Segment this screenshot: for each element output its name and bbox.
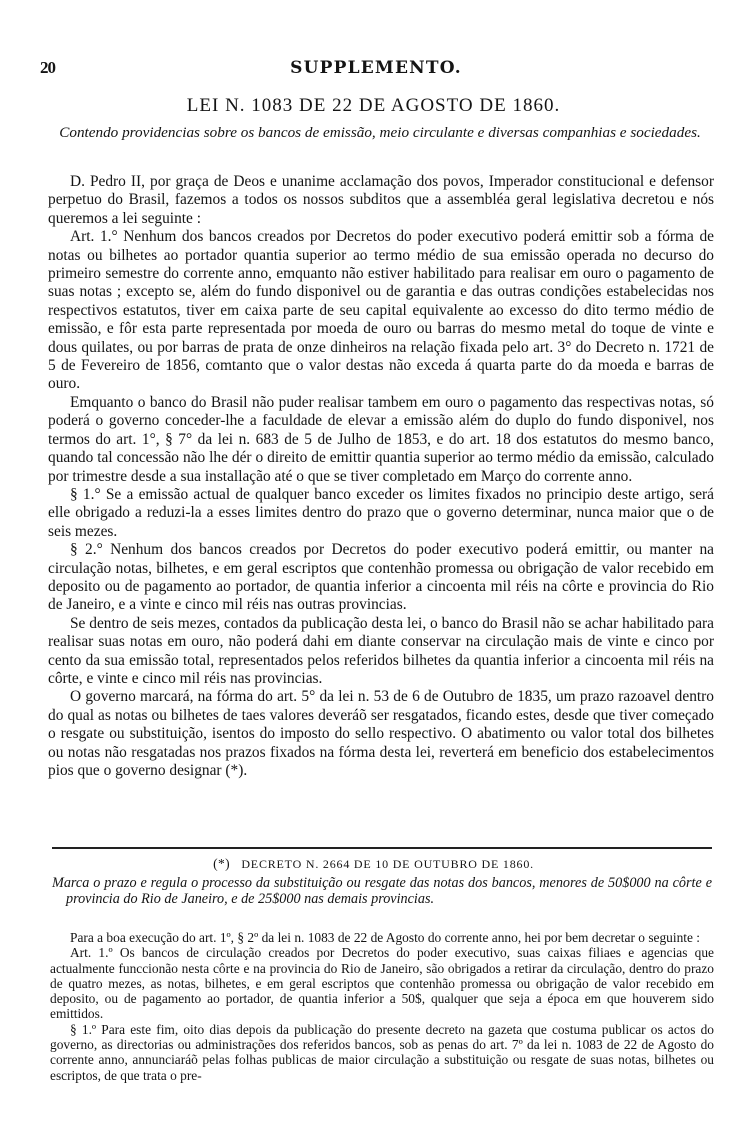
footnote-intro-paragraph: Para a boa execução do art. 1º, § 2º da … <box>50 930 714 945</box>
law-summary: Contendo providencias sobre os bancos de… <box>50 124 710 141</box>
law-title: LEI N. 1083 DE 22 DE AGOSTO DE 1860. <box>0 95 747 117</box>
banco-brasil-paragraph: Emquanto o banco do Brasil não puder rea… <box>48 394 714 486</box>
footnote-decree-title: DECRETO N. 2664 DE 10 DE OUTUBRO DE 1860… <box>241 857 534 871</box>
footnote-article-1-paragraph: Art. 1.º Os bancos de circulação creados… <box>50 945 714 1021</box>
six-months-paragraph: Se dentro de seis mezes, contados da pub… <box>48 615 714 689</box>
document-page: 20 SUPPLEMENTO. LEI N. 1083 DE 22 DE AGO… <box>0 0 747 1141</box>
footnote-section-1-paragraph: § 1.º Para este fim, oito dias depois da… <box>50 1022 714 1083</box>
running-title: SUPPLEMENTO. <box>40 58 712 78</box>
footnote-summary: Marca o prazo e regula o processo da sub… <box>52 876 712 907</box>
article-1-paragraph: Art. 1.° Nenhum dos bancos creados por D… <box>48 228 714 394</box>
law-body: D. Pedro II, por graça de Deos e unanime… <box>48 173 714 780</box>
page-header: 20 SUPPLEMENTO. <box>40 58 712 82</box>
preamble-paragraph: D. Pedro II, por graça de Deos e unanime… <box>48 173 714 228</box>
section-1-paragraph: § 1.° Se a emissão actual de qualquer ba… <box>48 486 714 541</box>
section-2-paragraph: § 2.° Nenhum dos bancos creados por Decr… <box>48 541 714 615</box>
footnote-title: (*) DECRETO N. 2664 DE 10 DE OUTUBRO DE … <box>0 856 747 872</box>
footnote-divider <box>52 847 712 849</box>
footnote-marker: (*) <box>213 856 230 871</box>
footnote-body: Para a boa execução do art. 1º, § 2º da … <box>50 930 714 1083</box>
government-prazo-paragraph: O governo marcará, na fórma do art. 5° d… <box>48 688 714 780</box>
